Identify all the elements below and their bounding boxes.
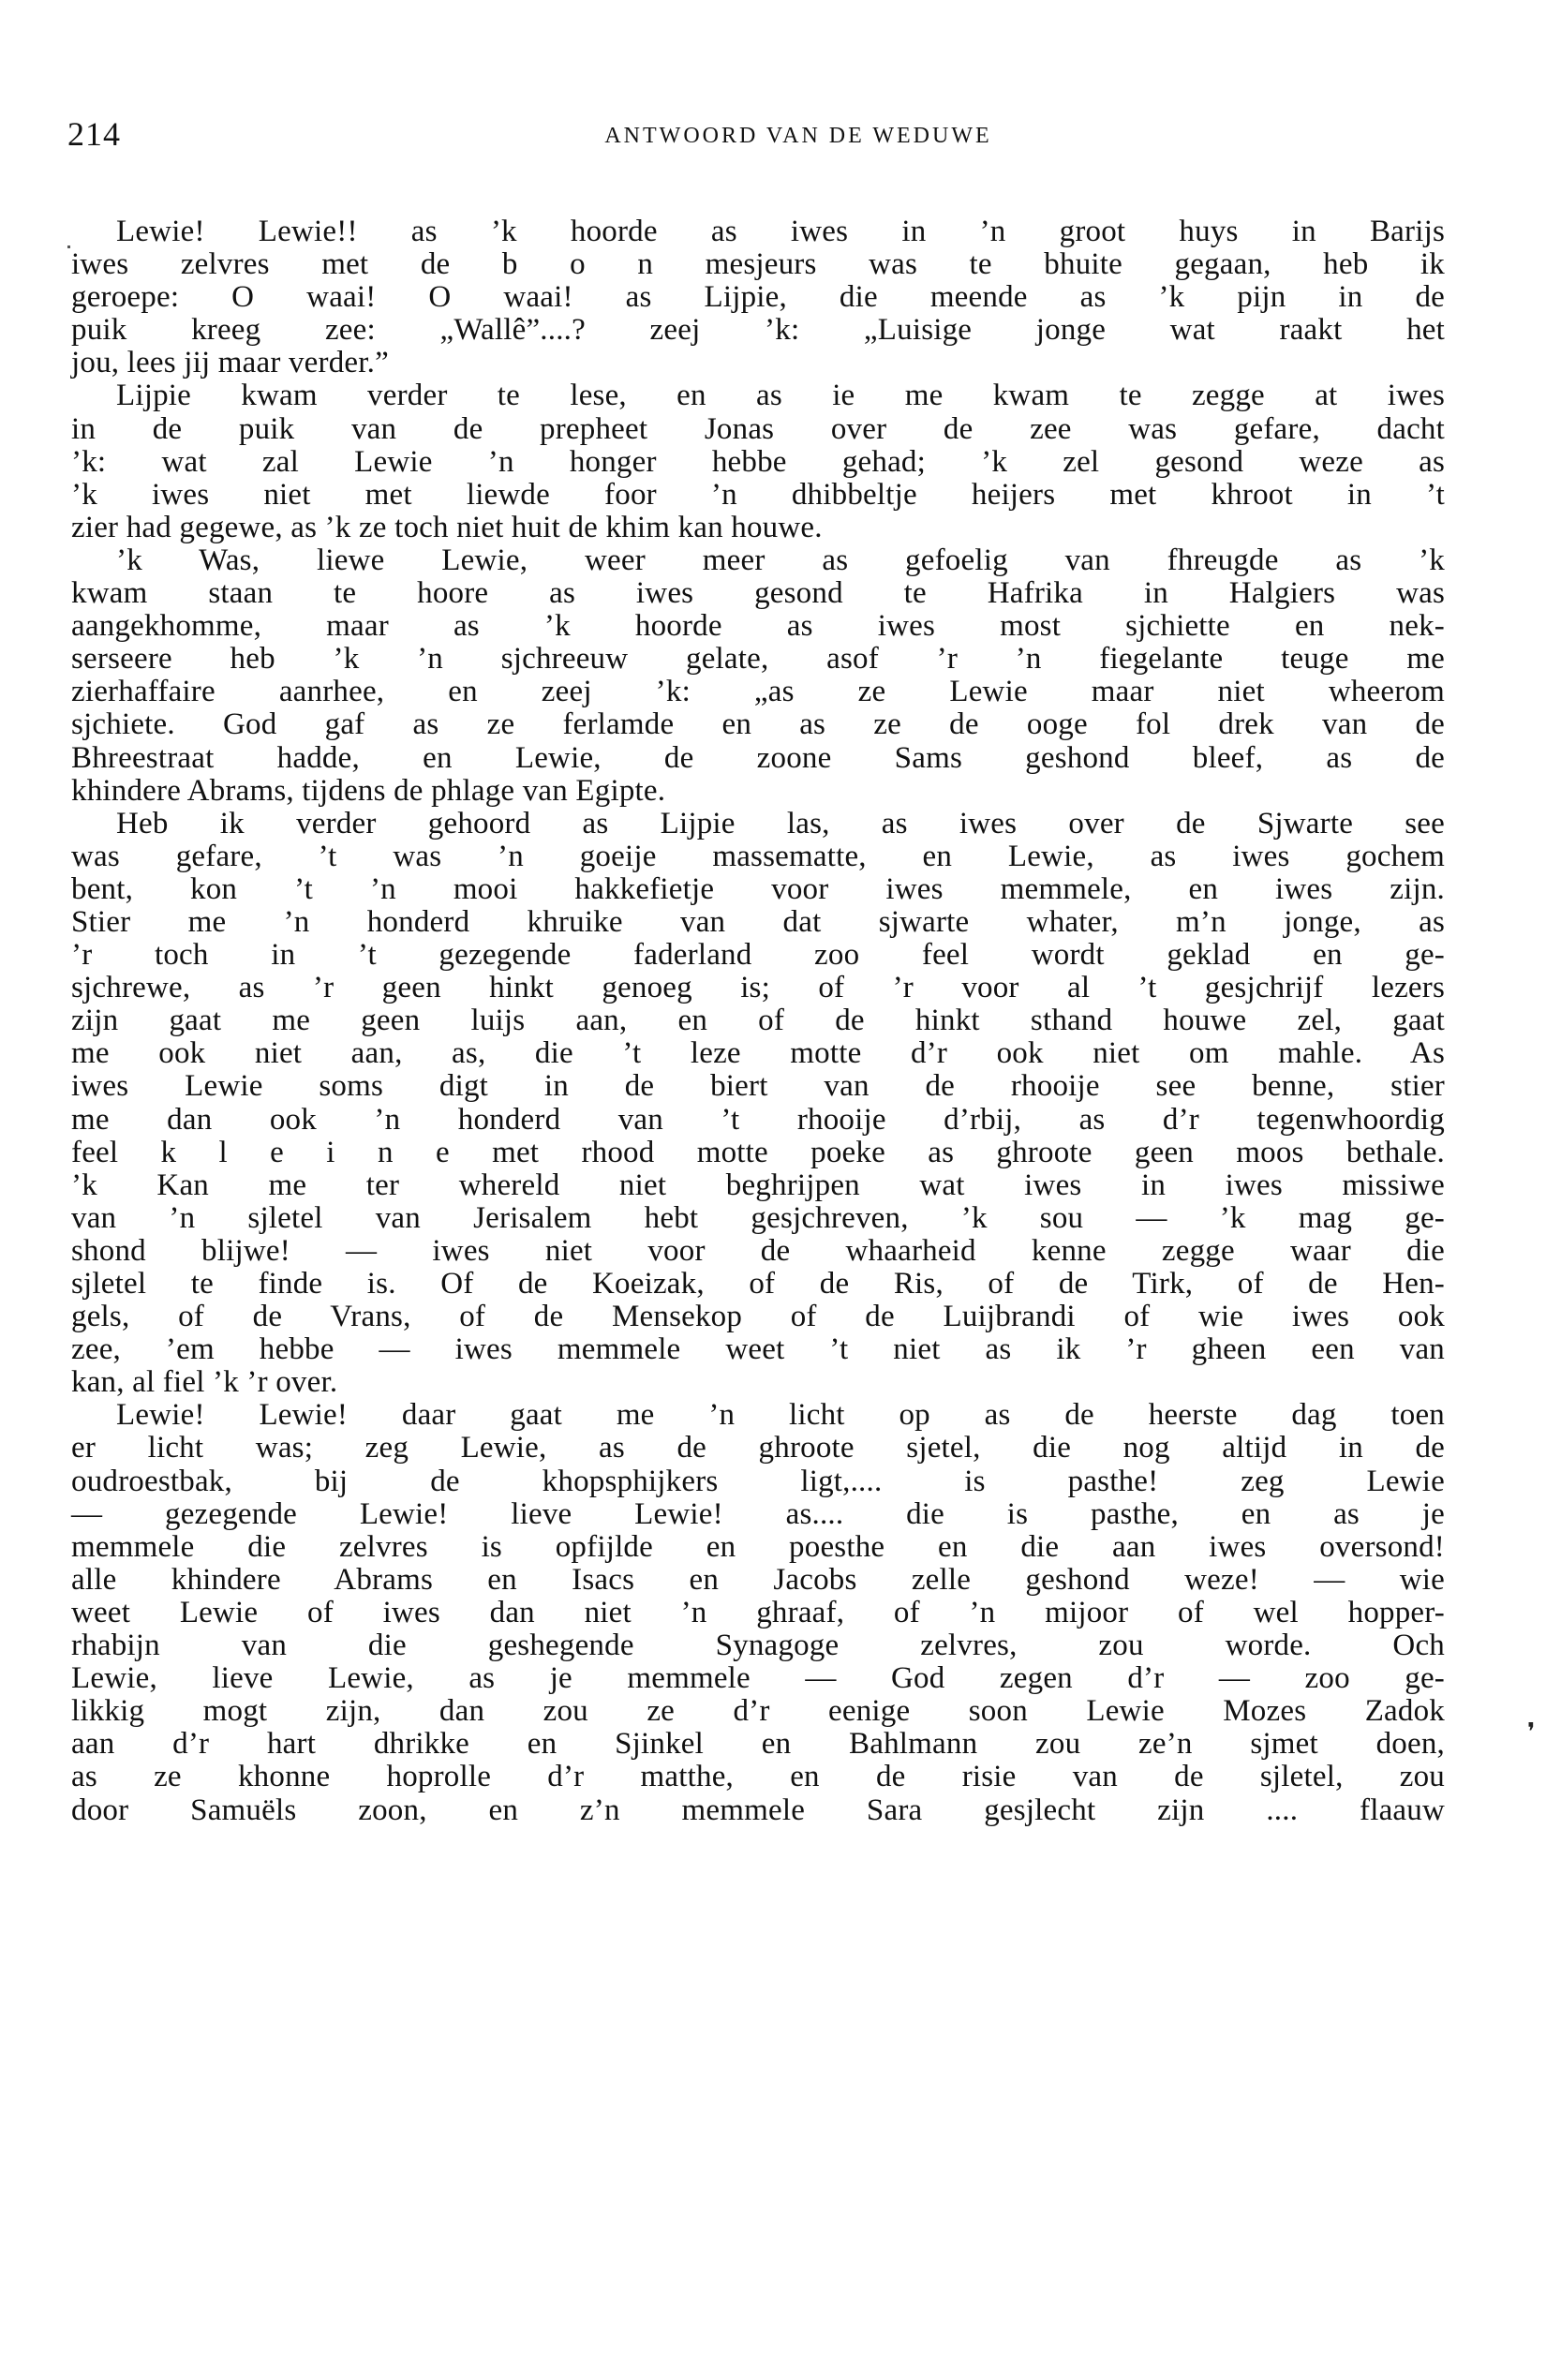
text-line: jou, lees jij maar verder.” [71, 347, 1445, 379]
text-line: er licht was; zeg Lewie, as de ghroote s… [71, 1432, 1445, 1465]
text-line: kwam staan te hoore as iwes gesond te Ha… [71, 577, 1445, 610]
text-line: zier had gegewe, as ’k ze toch niet huit… [71, 512, 1445, 544]
text-line: iwes Lewie soms digt in de biert van de … [71, 1070, 1445, 1103]
text-line: puik kreeg zee: „Wallê”....? zeej ’k: „L… [71, 314, 1445, 347]
text-line: oudroestbak, bij de khopsphijkers ligt,.… [71, 1465, 1445, 1498]
text-line: me dan ook ’n honderd van ’t rhooije d’r… [71, 1104, 1445, 1137]
paragraph-first-line: Lijpie kwam verder te lese, en as ie me … [71, 379, 1445, 412]
text-line: in de puik van de prepheet Jonas over de… [71, 413, 1445, 446]
text-line: khindere Abrams, tijdens de phlage van E… [71, 775, 1445, 808]
text-line: Stier me ’n honderd khruike van dat sjwa… [71, 906, 1445, 939]
text-line: as ze khonne hoprolle d’r matthe, en de … [71, 1761, 1445, 1793]
text-line: ’r toch in ’t gezegende faderland zoo fe… [71, 939, 1445, 972]
paragraph-first-line: Heb ik verder gehoord as Lijpie las, as … [71, 808, 1445, 840]
text-line: memmele die zelvres is opfijlde en poest… [71, 1531, 1445, 1564]
text-line: door Samuëls zoon, en z’n memmele Sara g… [71, 1794, 1445, 1827]
text-line: weet Lewie of iwes dan niet ’n ghraaf, o… [71, 1597, 1445, 1629]
text-line: Bhreestraat hadde, en Lewie, de zoone Sa… [71, 742, 1445, 775]
text-line: feel k l e i n e met rhood motte poeke a… [71, 1137, 1445, 1169]
paragraph-first-line: Lewie! Lewie! daar gaat me ’n licht op a… [71, 1399, 1445, 1432]
text-line: iwes zelvres met de b o n mesjeurs was t… [71, 248, 1445, 281]
text-line: rhabijn van die geshegende Synagoge zelv… [71, 1629, 1445, 1662]
text-line: sjchiete. God gaf as ze ferlamde en as z… [71, 708, 1445, 741]
book-page: 214 ANTWOORD VAN DE WEDUWE Lewie! Lewie!… [0, 0, 1546, 2380]
text-line: sjletel te finde is. Of de Koeizak, of d… [71, 1268, 1445, 1301]
text-line: serseere heb ’k ’n sjchreeuw gelate, aso… [71, 643, 1445, 676]
text-line: zierhaffaire aanrhee, en zeej ’k: „as ze… [71, 676, 1445, 708]
text-line: sjchrewe, as ’r geen hinkt genoeg is; of… [71, 972, 1445, 1004]
text-line: aangekhomme, maar as ’k hoorde as iwes m… [71, 610, 1445, 643]
text-line: ’k Kan me ter whereld niet beghrijpen wa… [71, 1169, 1445, 1202]
text-line: Lewie, lieve Lewie, as je memmele — God … [71, 1662, 1445, 1695]
text-line: me ook niet aan, as, die ’t leze motte d… [71, 1037, 1445, 1070]
text-line: kan, al fiel ’k ’r over. [71, 1366, 1445, 1399]
text-line: was gefare, ’t was ’n goeije massematte,… [71, 840, 1445, 873]
text-line: likkig mogt zijn, dan zou ze d’r eenige … [71, 1695, 1445, 1728]
margin-mark-icon: ❜ [1527, 1720, 1535, 1745]
text-line: zee, ’em hebbe — iwes memmele weet ’t ni… [71, 1333, 1445, 1366]
running-head: 214 ANTWOORD VAN DE WEDUWE [67, 111, 1445, 157]
text-line: aan d’r hart dhrikke en Sjinkel en Bahlm… [71, 1728, 1445, 1761]
body-text: Lewie! Lewie!! as ’k hoorde as iwes in ’… [71, 216, 1445, 1827]
text-line: geroepe: O waai! O waai! as Lijpie, die … [71, 281, 1445, 314]
text-line: ’k iwes niet met liewde foor ’n dhibbelt… [71, 479, 1445, 512]
text-line: bent, kon ’t ’n mooi hakkefietje voor iw… [71, 873, 1445, 906]
text-line: van ’n sjletel van Jerisalem hebt gesjch… [71, 1202, 1445, 1235]
paragraph-first-line: ’k Was, liewe Lewie, weer meer as gefoel… [71, 544, 1445, 577]
running-title: ANTWOORD VAN DE WEDUWE [67, 114, 1445, 157]
scan-speck [67, 245, 70, 248]
text-line: — gezegende Lewie! lieve Lewie! as.... d… [71, 1498, 1445, 1531]
text-line: gels, of de Vrans, of de Mensekop of de … [71, 1301, 1445, 1333]
text-line: zijn gaat me geen luijs aan, en of de hi… [71, 1004, 1445, 1037]
text-line: alle khindere Abrams en Isacs en Jacobs … [71, 1564, 1445, 1597]
text-line: ’k: wat zal Lewie ’n honger hebbe gehad;… [71, 446, 1445, 479]
paragraph-first-line: Lewie! Lewie!! as ’k hoorde as iwes in ’… [71, 216, 1445, 248]
text-line: shond blijwe! — iwes niet voor de whaarh… [71, 1235, 1445, 1268]
